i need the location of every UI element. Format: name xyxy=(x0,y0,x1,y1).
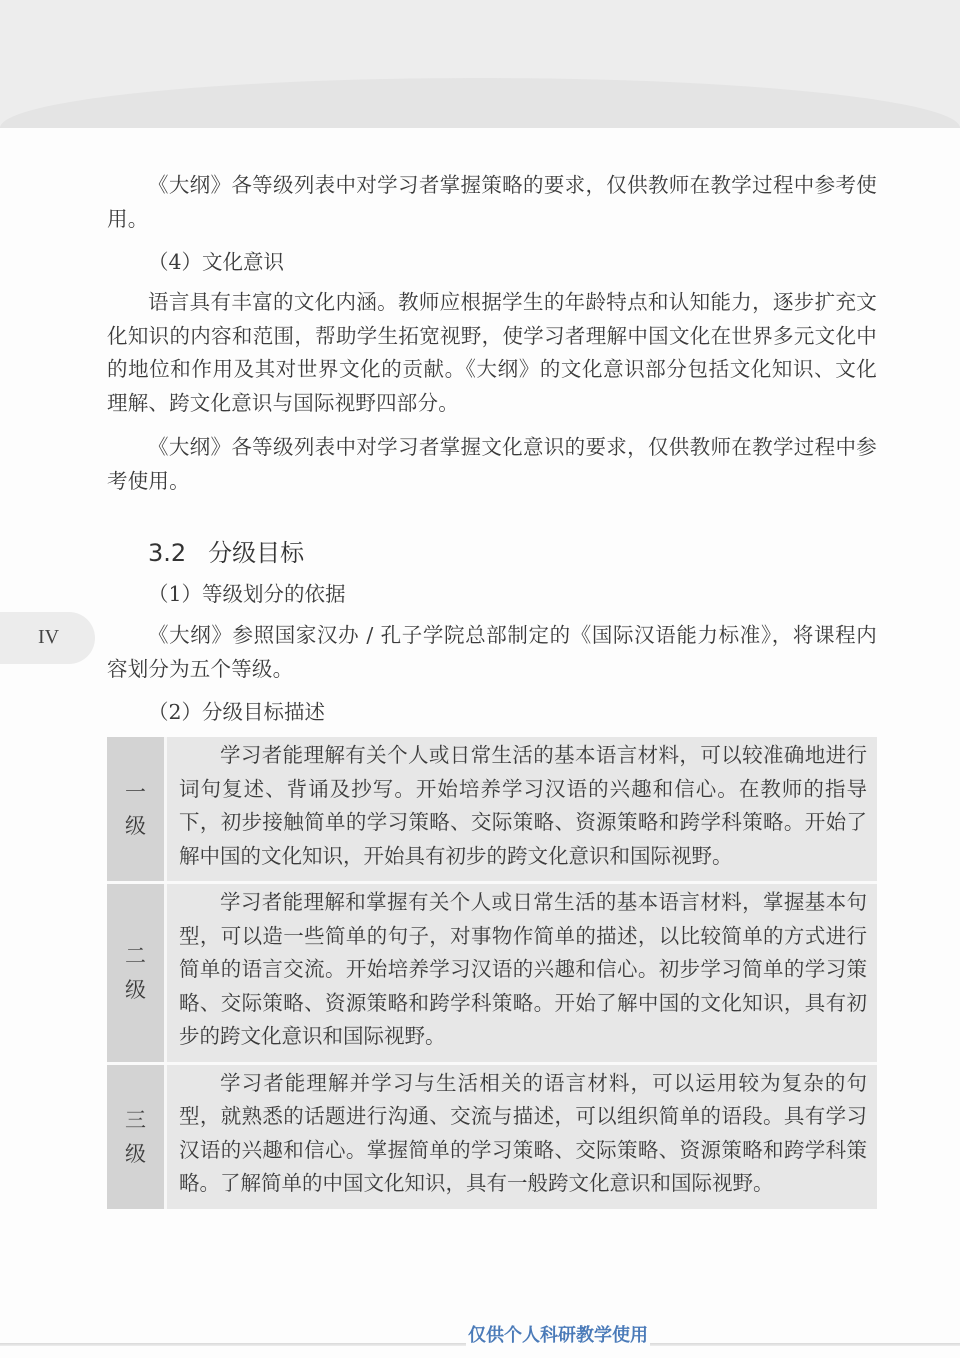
level-description: 学习者能理解有关个人或日常生活的基本语言材料，可以较准确地进行词句复述、背诵及抄… xyxy=(167,737,877,881)
subheading-level-basis: （1）等级划分的依据 xyxy=(148,577,346,607)
paragraph-level-basis: 《大纲》参照国家汉办 / 孔子学院总部制定的《国际汉语能力标准》，将课程内容划分… xyxy=(107,619,877,686)
level-label-number: 一 xyxy=(125,775,146,809)
level-label: 二 级 xyxy=(107,884,167,1062)
paragraph-strategy-note: 《大纲》各等级列表中对学习者掌握策略的要求，仅供教师在教学过程中参考使用。 xyxy=(107,169,877,236)
level-label-suffix: 级 xyxy=(125,809,146,843)
subheading-culture-awareness: （4）文化意识 xyxy=(148,245,284,275)
level-goals-table: 一 级 学习者能理解有关个人或日常生活的基本语言材料，可以较准确地进行词句复述、… xyxy=(107,737,877,1209)
page-number: IV xyxy=(38,626,59,649)
level-label-number: 二 xyxy=(125,939,146,973)
paragraph-culture-note: 《大纲》各等级列表中对学习者掌握文化意识的要求，仅供教师在教学过程中参考使用。 xyxy=(107,431,877,498)
level-label: 三 级 xyxy=(107,1065,167,1209)
section-heading: 3.2分级目标 xyxy=(148,533,304,568)
level-label-suffix: 级 xyxy=(125,973,146,1007)
level-description: 学习者能理解和掌握有关个人或日常生活的基本语言材料，掌握基本句型，可以造一些简单… xyxy=(167,884,877,1062)
level-label: 一 级 xyxy=(107,737,167,881)
footer-watermark: 仅供个人科研教学使用 xyxy=(466,1321,650,1347)
section-title: 分级目标 xyxy=(208,539,304,567)
subheading-level-goals: （2）分级目标描述 xyxy=(148,695,325,725)
table-row-level-2: 二 级 学习者能理解和掌握有关个人或日常生活的基本语言材料，掌握基本句型，可以造… xyxy=(107,881,877,1062)
level-label-suffix: 级 xyxy=(125,1137,146,1171)
paragraph-culture: 语言具有丰富的文化内涵。教师应根据学生的年龄特点和认知能力，逐步扩充文化知识的内… xyxy=(107,286,877,420)
section-number: 3.2 xyxy=(148,539,186,567)
table-row-level-3: 三 级 学习者能理解并学习与生活相关的语言材料，可以运用较为复杂的句型，就熟悉的… xyxy=(107,1062,877,1209)
level-label-number: 三 xyxy=(125,1103,146,1137)
table-row-level-1: 一 级 学习者能理解有关个人或日常生活的基本语言材料，可以较准确地进行词句复述、… xyxy=(107,737,877,881)
level-description: 学习者能理解并学习与生活相关的语言材料，可以运用较为复杂的句型，就熟悉的话题进行… xyxy=(167,1065,877,1209)
